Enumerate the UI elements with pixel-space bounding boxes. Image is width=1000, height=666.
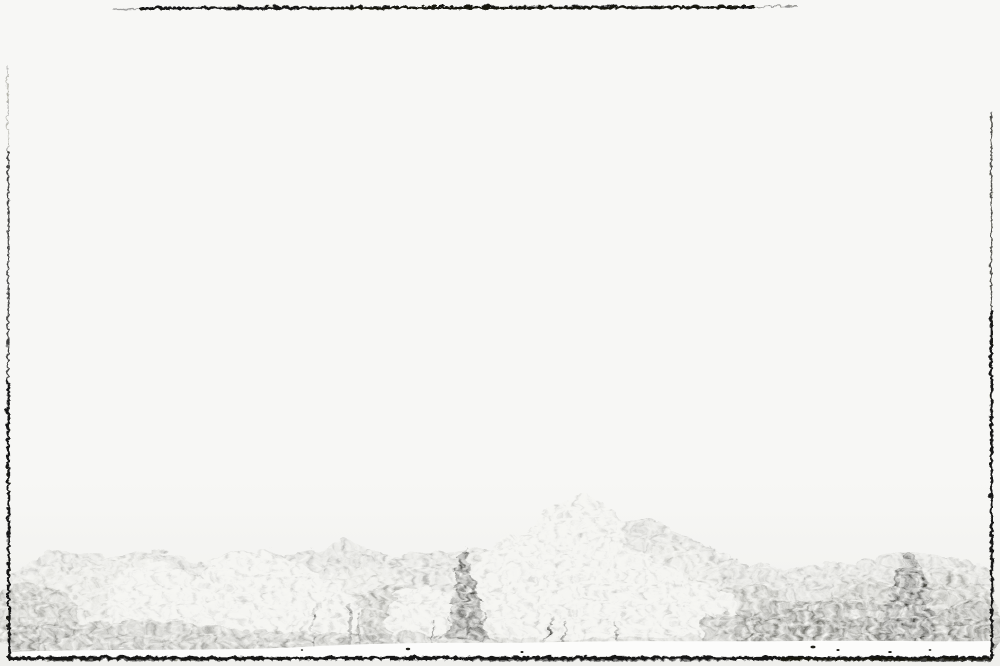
film-border-bottom-dense-right <box>780 658 988 659</box>
film-border-right-lower <box>990 310 991 658</box>
film-border-top-dense <box>310 6 738 7</box>
film-border-left-lower <box>7 380 8 658</box>
winter-landscape-photo: Snow and frost covered treeline beneath … <box>0 0 1000 666</box>
photo-canvas: Snow and frost covered treeline beneath … <box>0 0 1000 666</box>
film-border-bottom-dense-left <box>46 658 300 659</box>
